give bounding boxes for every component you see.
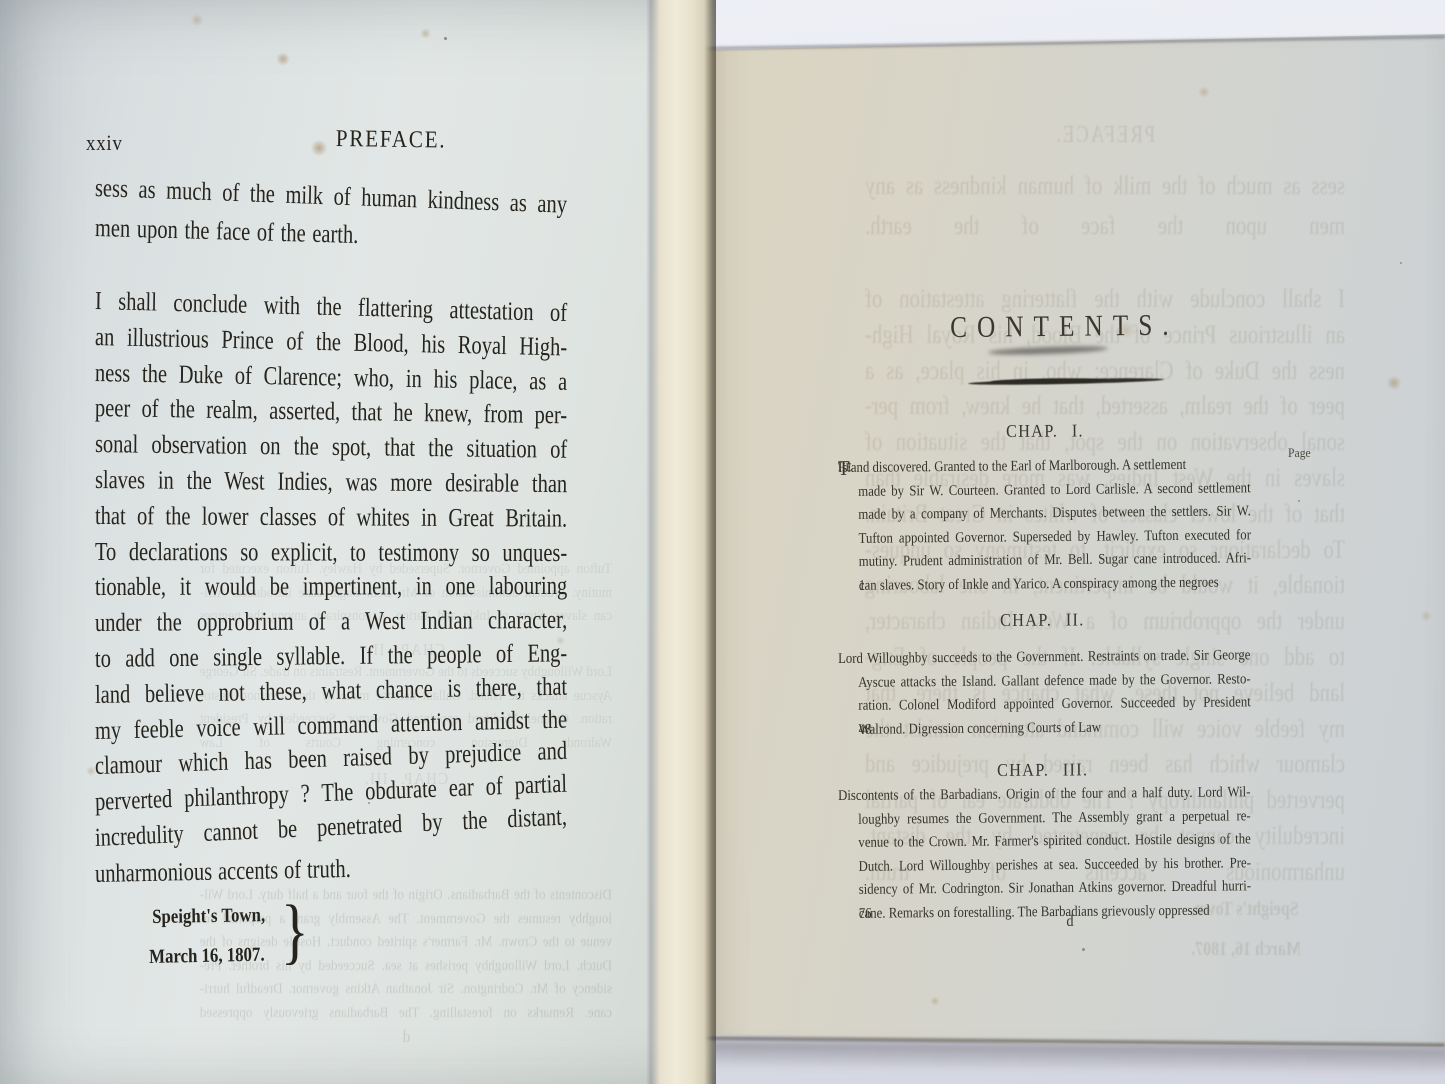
dust-speck: [1298, 500, 1300, 502]
ghost-line: sess as much of the milk of human kindne…: [865, 166, 1345, 206]
page-gutter-curl: [646, 0, 716, 1084]
dust-speck: [1082, 948, 1085, 951]
chapter-2-heading: CHAP. II.: [1000, 609, 1085, 631]
text-line: unharmonious accents of truth.: [95, 846, 568, 891]
book-photo: Tufton appointed Governor. Superseded by…: [0, 0, 1445, 1084]
page-ref: 48: [858, 718, 871, 742]
ghost-line: sidency of Mr. Codrington. Sir Jonathan …: [200, 978, 612, 1002]
preface-page: Tufton appointed Governor. Superseded by…: [0, 0, 716, 1084]
running-header: PREFACE.: [336, 126, 447, 155]
ghost-line: peer of the realm, asserted, that he kne…: [865, 388, 1345, 424]
contents-title: CONTENTS.: [950, 309, 1179, 345]
ink-smudge: [988, 345, 1108, 356]
dateline-brace: }: [281, 894, 309, 968]
contents-rule: [968, 377, 1164, 386]
foxing-spot: [420, 28, 431, 39]
entry-line: can slaves. Story of Inkle and Yarico. A…: [839, 571, 1252, 598]
foxing-spot: [276, 52, 290, 66]
dateline-place: Speight's Town,: [152, 904, 265, 929]
page-number: xxiv: [86, 130, 123, 156]
foxing-spot: [86, 766, 96, 776]
foxing-spot: [1198, 86, 1210, 98]
foxing-spot: [1386, 376, 1402, 390]
foxing-spot: [1352, 22, 1362, 32]
dust-speck: [444, 37, 447, 40]
ghost-line: d: [200, 1025, 612, 1049]
foxing-spot: [310, 140, 328, 156]
dust-speck: [188, 452, 190, 454]
dust-speck: [368, 802, 370, 804]
page-column-label: Page: [1288, 445, 1311, 461]
chapter-3-entry: Discontents of the Barbadians. Origin of…: [838, 781, 1251, 926]
page-ref: 1: [859, 575, 866, 599]
chapter-1-entry: THE Island discovered. Granted to the Ea…: [838, 453, 1251, 598]
text-line: that of the lower classes of whites in G…: [95, 498, 567, 536]
dust-speck: [1400, 262, 1402, 264]
contents-page: PREFACE. sess as much of the milk of hum…: [700, 0, 1445, 1084]
ghost-line: clamour which has been raised by prejudi…: [865, 746, 1345, 782]
foxing-spot: [930, 996, 940, 1006]
text-line: To declarations so explicit, to testimon…: [95, 534, 567, 571]
signature-mark: d: [1066, 913, 1073, 931]
chapter-2-entry: Lord Willoughby succeeds to the Governme…: [838, 644, 1251, 742]
chapter-3-heading: CHAP. III.: [997, 759, 1088, 781]
ghost-line: ness the Duke of Clarence; who, in his p…: [865, 353, 1345, 389]
preface-paragraph: I shall conclude with the flattering att…: [95, 283, 567, 892]
ghost-line: cane. Remarks on forestalling. The Barba…: [200, 1002, 612, 1026]
chapter-1-heading: CHAP. I.: [1006, 420, 1084, 442]
text-line: sonal observation on the spot, that the …: [95, 426, 567, 468]
ghost-line: under the opprobrium of a West Indian ch…: [865, 603, 1345, 639]
entry-text: can slaves. Story of Inkle and Yarico. A…: [859, 572, 1219, 599]
entry-text: Island discovered. Granted to the Earl o…: [838, 454, 1186, 481]
foxing-spot: [190, 14, 204, 26]
ghost-line: March 16, 1807.: [1191, 938, 1301, 961]
text-line: slaves in the West Indies, was more desi…: [95, 462, 567, 502]
foxing-spot: [1420, 610, 1432, 622]
entry-line: cane. Remarks on forestalling. The Barba…: [839, 899, 1252, 926]
entry-text: Walrond. Digression concerning Courts of…: [858, 716, 1101, 742]
ghost-line: men upon the face of the earth.: [865, 206, 1345, 246]
preface-opening-paragraph: sess as much of the milk of human kindne…: [95, 168, 567, 248]
dateline-date: March 16, 1807.: [149, 944, 265, 969]
foxing-spot: [1116, 322, 1136, 338]
entry-text: cane. Remarks on forestalling. The Barba…: [859, 900, 1210, 927]
foxing-spot: [556, 636, 565, 645]
entry-line: Walrond. Digression concerning Courts of…: [838, 715, 1251, 742]
page-ref: 76: [859, 903, 872, 927]
text-line: tionable, it would be impertinent, in on…: [95, 568, 567, 605]
ghost-line: PREFACE.: [865, 122, 1345, 149]
